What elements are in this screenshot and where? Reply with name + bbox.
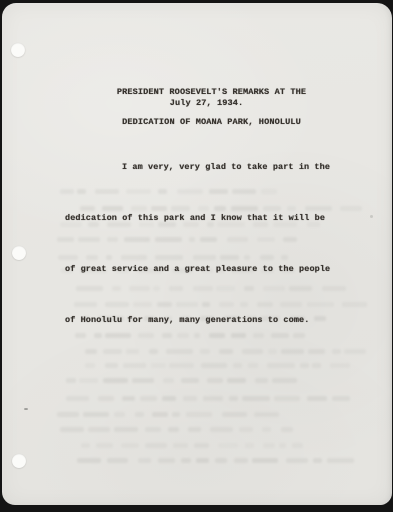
scanner-background: PRESIDENT ROOSEVELT'S REMARKS AT THE DED…	[0, 0, 393, 512]
body-line: of great service and a great pleasure to…	[65, 261, 335, 278]
punch-hole-middle	[12, 246, 26, 260]
body-line: I am very, very glad to take part in the	[65, 159, 335, 176]
paper-speck	[370, 215, 373, 218]
punch-hole-bottom	[12, 454, 26, 468]
punch-hole-top	[11, 43, 25, 57]
paper-speck	[24, 408, 28, 410]
body-line: of Honolulu for many, many generations t…	[65, 312, 335, 329]
document-page: PRESIDENT ROOSEVELT'S REMARKS AT THE DED…	[2, 3, 392, 505]
document-date: July 27, 1934.	[20, 98, 393, 108]
title-line-1: PRESIDENT ROOSEVELT'S REMARKS AT THE	[30, 87, 393, 97]
body-line: dedication of this park and I know that …	[65, 210, 335, 227]
document-body: I am very, very glad to take part in the…	[65, 125, 335, 363]
